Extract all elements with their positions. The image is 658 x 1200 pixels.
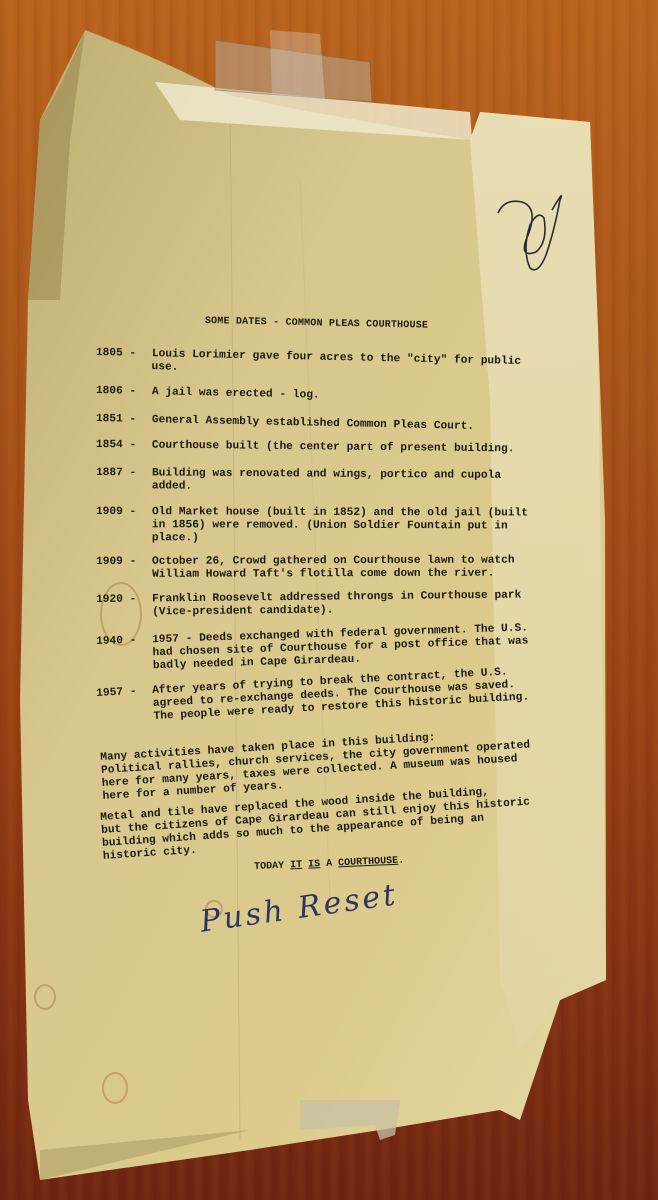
timeline-entry: 1909 - Old Market house (built in 1852) … <box>96 506 546 547</box>
signature-scribble-icon <box>490 180 580 280</box>
timeline-entry: 1909 - October 26, Crowd gathered on Cou… <box>96 554 546 582</box>
entry-year: 1806 - <box>96 385 148 399</box>
timeline-entry: 1851 - General Assembly established Comm… <box>96 413 546 435</box>
entry-text: Courthouse built (the center part of pre… <box>152 440 546 457</box>
entry-text: Building was renovated and wings, portic… <box>152 467 546 496</box>
entry-year: 1887 - <box>96 467 148 480</box>
document-title: SOME DATES - COMMON PLEAS COURTHOUSE <box>205 316 428 332</box>
entry-text: 1957 - Deeds exchanged with federal gove… <box>152 622 547 673</box>
closing-word: A <box>320 858 338 870</box>
entry-year: 1920 - <box>96 593 148 607</box>
closing-word-underlined: COURTHOUSE <box>338 856 398 870</box>
timeline-entry: 1887 - Building was renovated and wings,… <box>96 467 546 496</box>
closing-word-underlined: IS <box>308 859 320 871</box>
entry-year: 1909 - <box>96 506 148 519</box>
closing-word: TODAY <box>254 860 290 873</box>
timeline-entry: 1920 - Franklin Roosevelt addressed thro… <box>96 589 546 620</box>
entry-text: Franklin Roosevelt addressed throngs in … <box>152 589 546 619</box>
typed-document: SOME DATES - COMMON PLEAS COURTHOUSE 180… <box>0 0 658 1200</box>
handwritten-note: Push Reset <box>198 877 400 939</box>
entry-text: Old Market house (built in 1852) and the… <box>152 506 546 546</box>
entry-year: 1851 - <box>96 413 148 427</box>
closing-word-underlined: IT <box>290 860 302 872</box>
entry-text: October 26, Crowd gathered on Courthouse… <box>152 554 546 581</box>
entry-text: General Assembly established Common Plea… <box>152 414 546 435</box>
entry-year: 1940 - <box>96 634 148 649</box>
entry-year: 1854 - <box>96 439 148 453</box>
timeline-entry: 1854 - Courthouse built (the center part… <box>96 439 546 457</box>
timeline-entry: 1957 - After years of trying to break th… <box>96 664 547 726</box>
entry-text: A jail was erected - log. <box>152 386 546 407</box>
entry-year: 1957 - <box>96 685 149 701</box>
closing-line: TODAY IT IS A COURTHOUSE. <box>254 855 404 873</box>
timeline-entry: 1806 - A jail was erected - log. <box>96 385 546 407</box>
entry-text: Louis Lorimier gave four acres to the "c… <box>151 348 545 382</box>
entry-text: After years of trying to break the contr… <box>152 664 548 724</box>
entry-year: 1805 - <box>96 347 148 361</box>
entry-year: 1909 - <box>96 556 148 569</box>
timeline-entry: 1805 - Louis Lorimier gave four acres to… <box>95 347 545 382</box>
closing-period: . <box>398 855 404 866</box>
